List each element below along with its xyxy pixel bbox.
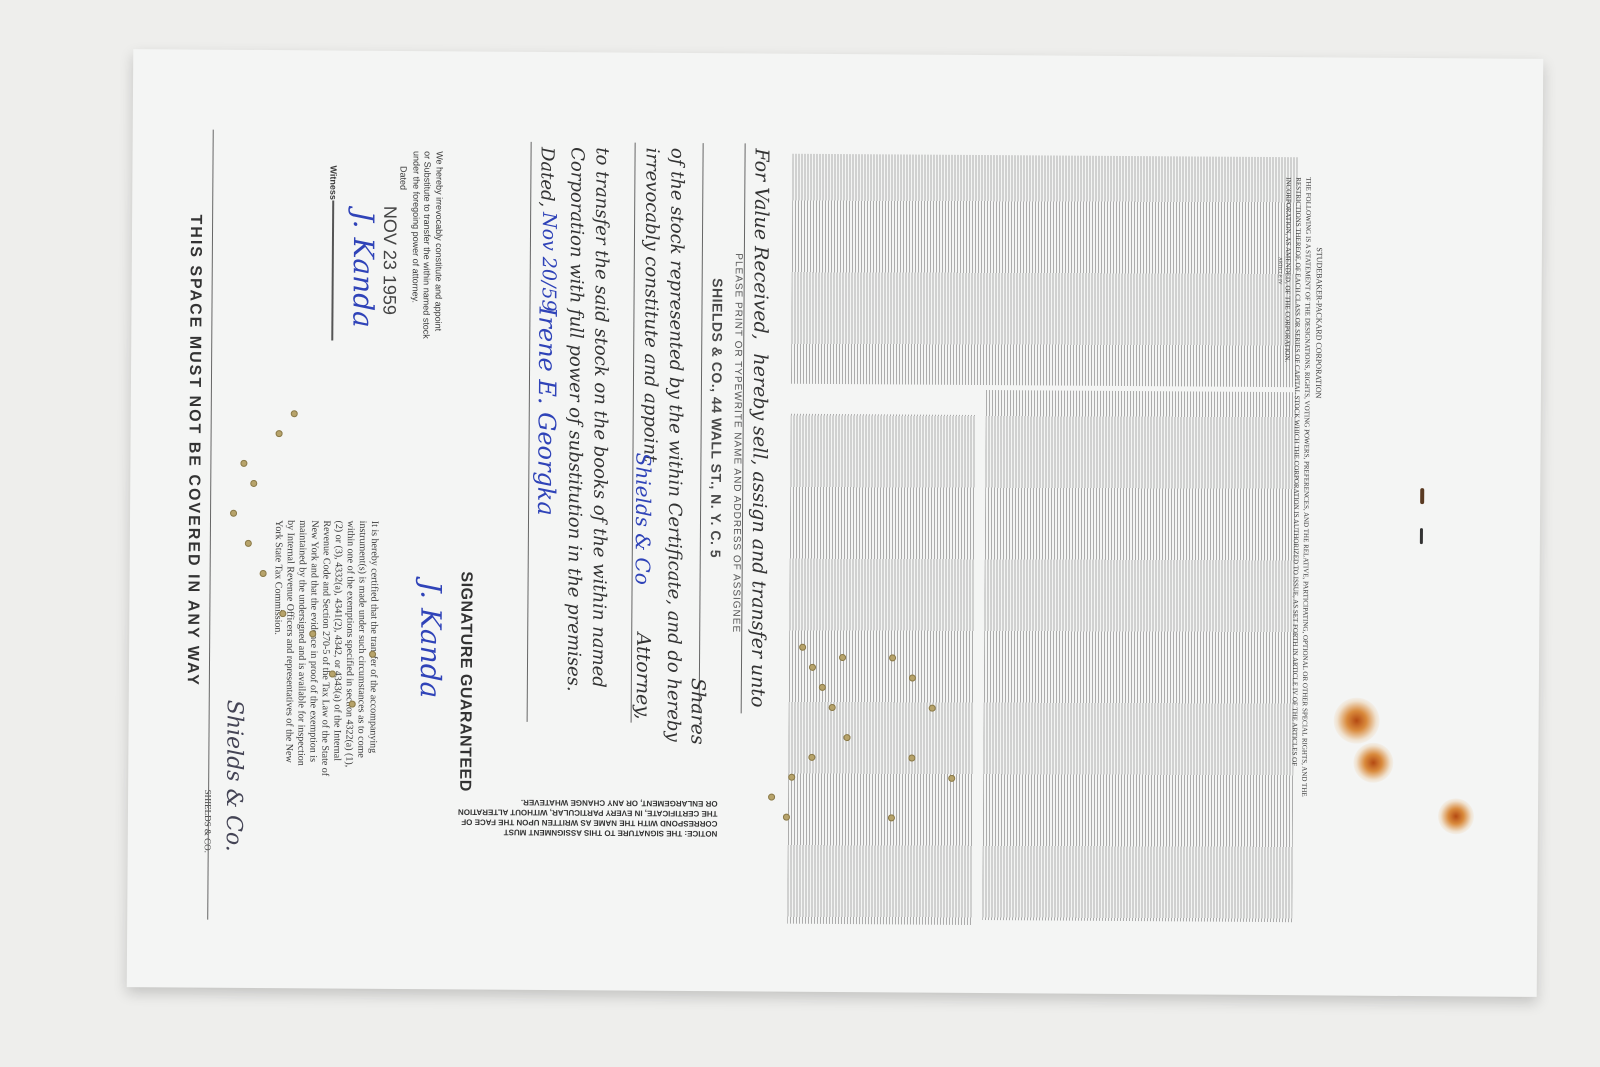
tax-line-4: (2) or (3), 4332(a), 4341(2), 4342, or 4… (331, 520, 344, 761)
notice-box: NOTICE: THE SIGNATURE TO THIS ASSIGNMENT… (458, 796, 718, 838)
perforation-hole (889, 654, 896, 661)
tax-line-1: It is hereby certified that the transfer… (367, 521, 380, 753)
perforation-hole (250, 480, 257, 487)
issuer-header: STUDEBAKER-PACKARD CORPORATION (1314, 247, 1324, 398)
perforation-hole (809, 664, 816, 671)
dated-label: Dated, (536, 147, 557, 207)
signature-guaranteed-label: SIGNATURE GUARANTEED (455, 571, 475, 791)
substitution-date-stamp: NOV 23 1959 (378, 206, 400, 315)
substitution-signature: J. Kanda (346, 211, 380, 328)
perforation-hole (888, 814, 895, 821)
assignee-line-2 (699, 143, 704, 713)
attorney-label: Attorney, (632, 633, 655, 720)
guarantor-signature: J. Kanda (414, 581, 448, 698)
perforation-hole (369, 651, 376, 658)
perforation-hole (843, 734, 850, 741)
witness-line (331, 200, 334, 340)
tax-line-8: by Internal Revenue Officers and represe… (283, 520, 296, 763)
perforation-hole (783, 814, 790, 821)
perforation-hole (245, 540, 252, 547)
perforation-hole (829, 704, 836, 711)
fine-print-lower-right (982, 390, 1296, 922)
article-label: ARTICLE IV (1277, 257, 1282, 284)
statement-heading-3: INCORPORATION, AS AMENDED, OF THE CORPOR… (1283, 177, 1292, 362)
staple-mark (1420, 488, 1424, 504)
notice-line-3: THE CERTIFICATE, IN EVERY PARTICULAR, WI… (458, 806, 718, 818)
witness-label: Witness (328, 165, 338, 200)
notice-line-1: NOTICE: THE SIGNATURE TO THIS ASSIGNMENT… (458, 826, 718, 838)
assignee-value: SHIELDS & CO., 44 WALL ST., N. Y. C. 5 (708, 278, 726, 558)
rust-stain (1438, 798, 1474, 834)
footer-warning: THIS SPACE MUST NOT BE COVERED IN ANY WA… (183, 214, 204, 686)
perforation-hole (309, 630, 316, 637)
perforation-hole (240, 460, 247, 467)
perforation-hole (276, 430, 283, 437)
corporation-line: Corporation with full power of substitut… (563, 147, 588, 692)
perforation-hole (819, 684, 826, 691)
perforation-hole (799, 644, 806, 651)
stock-represented-line: of the stock represented by the within C… (662, 148, 687, 742)
substitution-dated-label: Dated (398, 166, 408, 190)
perforation-hole (908, 755, 915, 762)
fine-print-lower-left (787, 414, 976, 925)
dated-handwritten: Nov 20/59 (537, 212, 560, 312)
tax-line-2: instrument(s) is made under such circums… (355, 521, 368, 758)
tax-line-7: maintained by the undersigned and is ava… (295, 520, 308, 766)
rust-stain (1353, 743, 1393, 783)
transfer-line: to transfer the said stock on the books … (588, 147, 613, 688)
for-value-received: For Value Received, (749, 148, 772, 339)
tax-line-6: New York and that the evidence in proof … (307, 520, 320, 762)
tax-line-9: York State Tax Commission. (272, 520, 284, 635)
perforation-hole (839, 654, 846, 661)
tax-line-3: within one of the exemptions specified i… (343, 521, 356, 768)
perforation-hole (808, 754, 815, 761)
perforation-hole (291, 410, 298, 417)
perforation-hole (929, 705, 936, 712)
substitution-line-1: We hereby irrevocably constitute and app… (433, 151, 444, 331)
attorney-handwritten: Shields & Co (631, 453, 656, 585)
substitution-line-3: under the foregoing power of attorney. (411, 151, 422, 303)
perforation-hole (260, 570, 267, 577)
perforation-hole (788, 774, 795, 781)
rust-stain (1333, 697, 1379, 743)
hereby-sell-text: hereby sell, assign and transfer unto (747, 353, 771, 707)
staple-mark (1420, 528, 1423, 544)
notice-line-2: CORRESPOND WITH THE NAME AS WRITTEN UPON… (458, 816, 718, 828)
perforation-hole (329, 670, 336, 677)
tax-signature: Shields & Co. (221, 700, 247, 852)
shares-label: Shares (686, 678, 708, 745)
perforation-hole (230, 510, 237, 517)
irrevocably-line: irrevocably constitute and appoint (639, 148, 662, 463)
perforation-hole (279, 610, 286, 617)
signature-line (527, 142, 532, 722)
substitution-line-2: or Substitute to transfer the within nam… (421, 151, 432, 339)
fine-print-top-block (791, 154, 1298, 388)
perforation-hole (349, 701, 356, 708)
statement-heading: THE FOLLOWING IS A STATEMENT OF THE DESI… (1300, 177, 1312, 796)
perforation-hole (948, 775, 955, 782)
perforation-hole (909, 675, 916, 682)
owner-signature: Irene E. Georgka (532, 307, 561, 516)
tax-line-5: Revenue Code and Section 270-5 of the Ta… (319, 520, 332, 776)
stock-certificate-back: STUDEBAKER-PACKARD CORPORATION THE FOLLO… (127, 49, 1544, 997)
perforation-hole (768, 794, 775, 801)
